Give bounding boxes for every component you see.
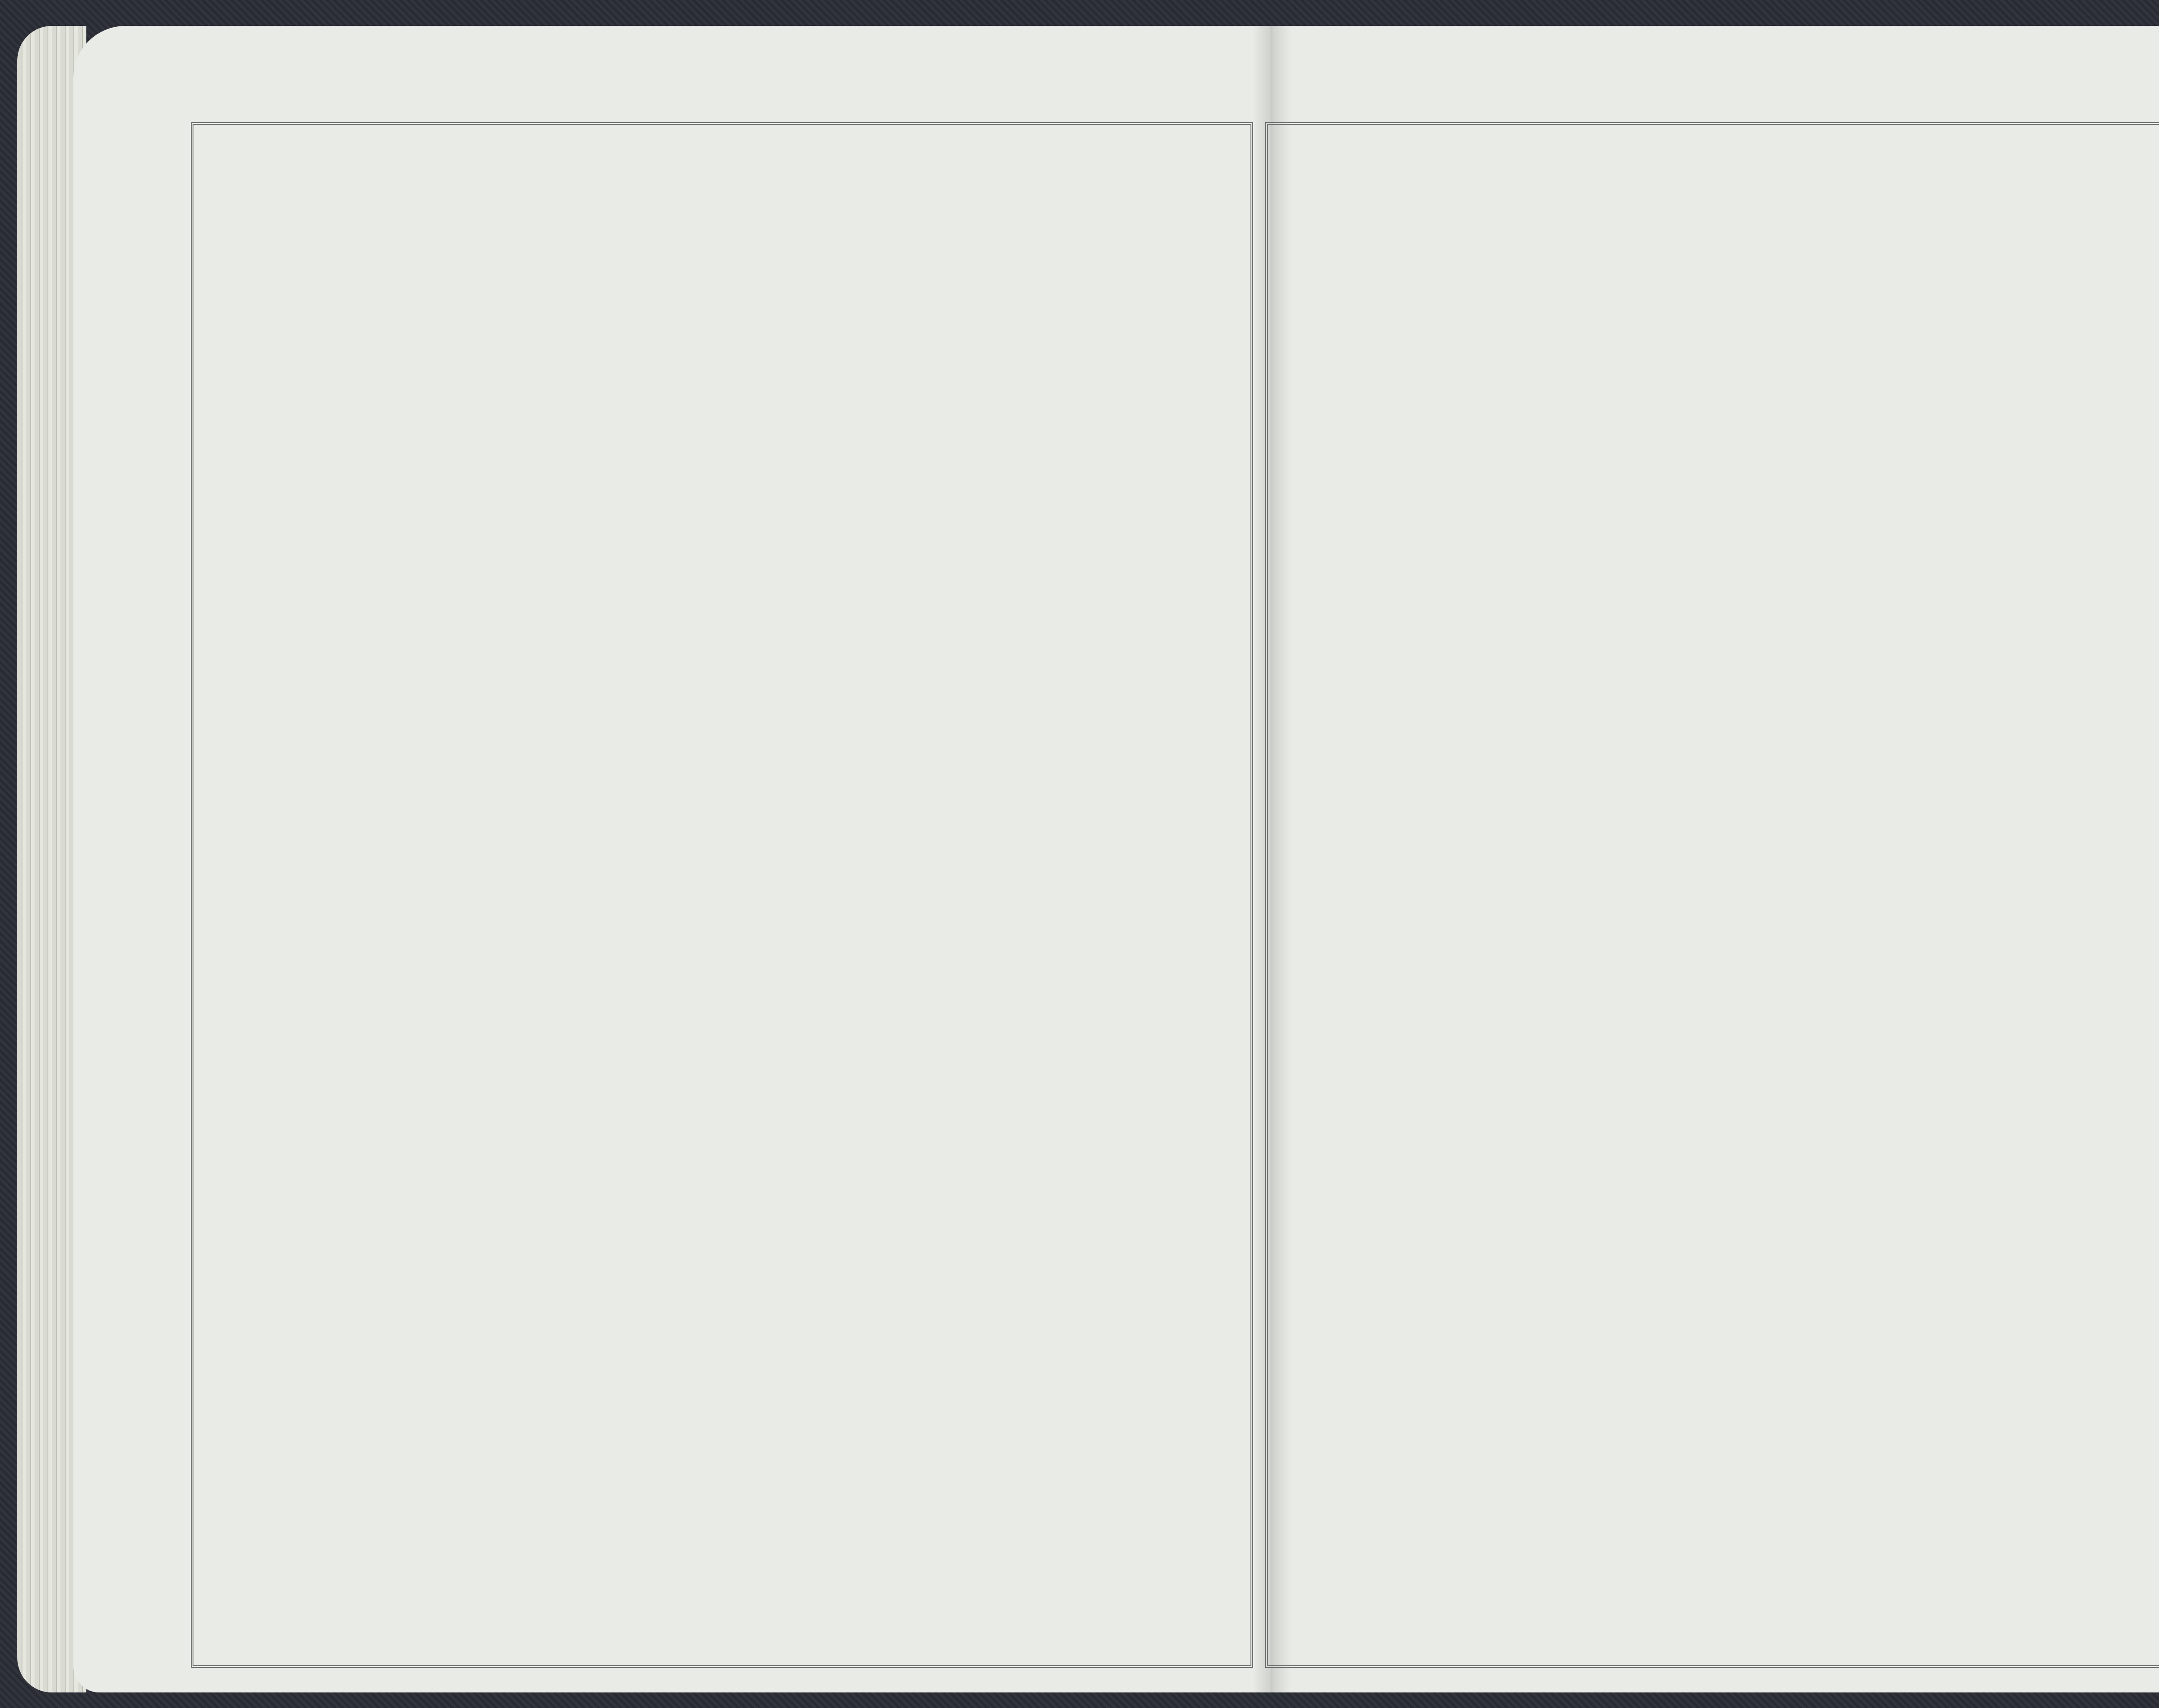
right-register-table [1265, 122, 2159, 1668]
header-col3 [458, 153, 946, 165]
left-register-table [191, 122, 1253, 1668]
